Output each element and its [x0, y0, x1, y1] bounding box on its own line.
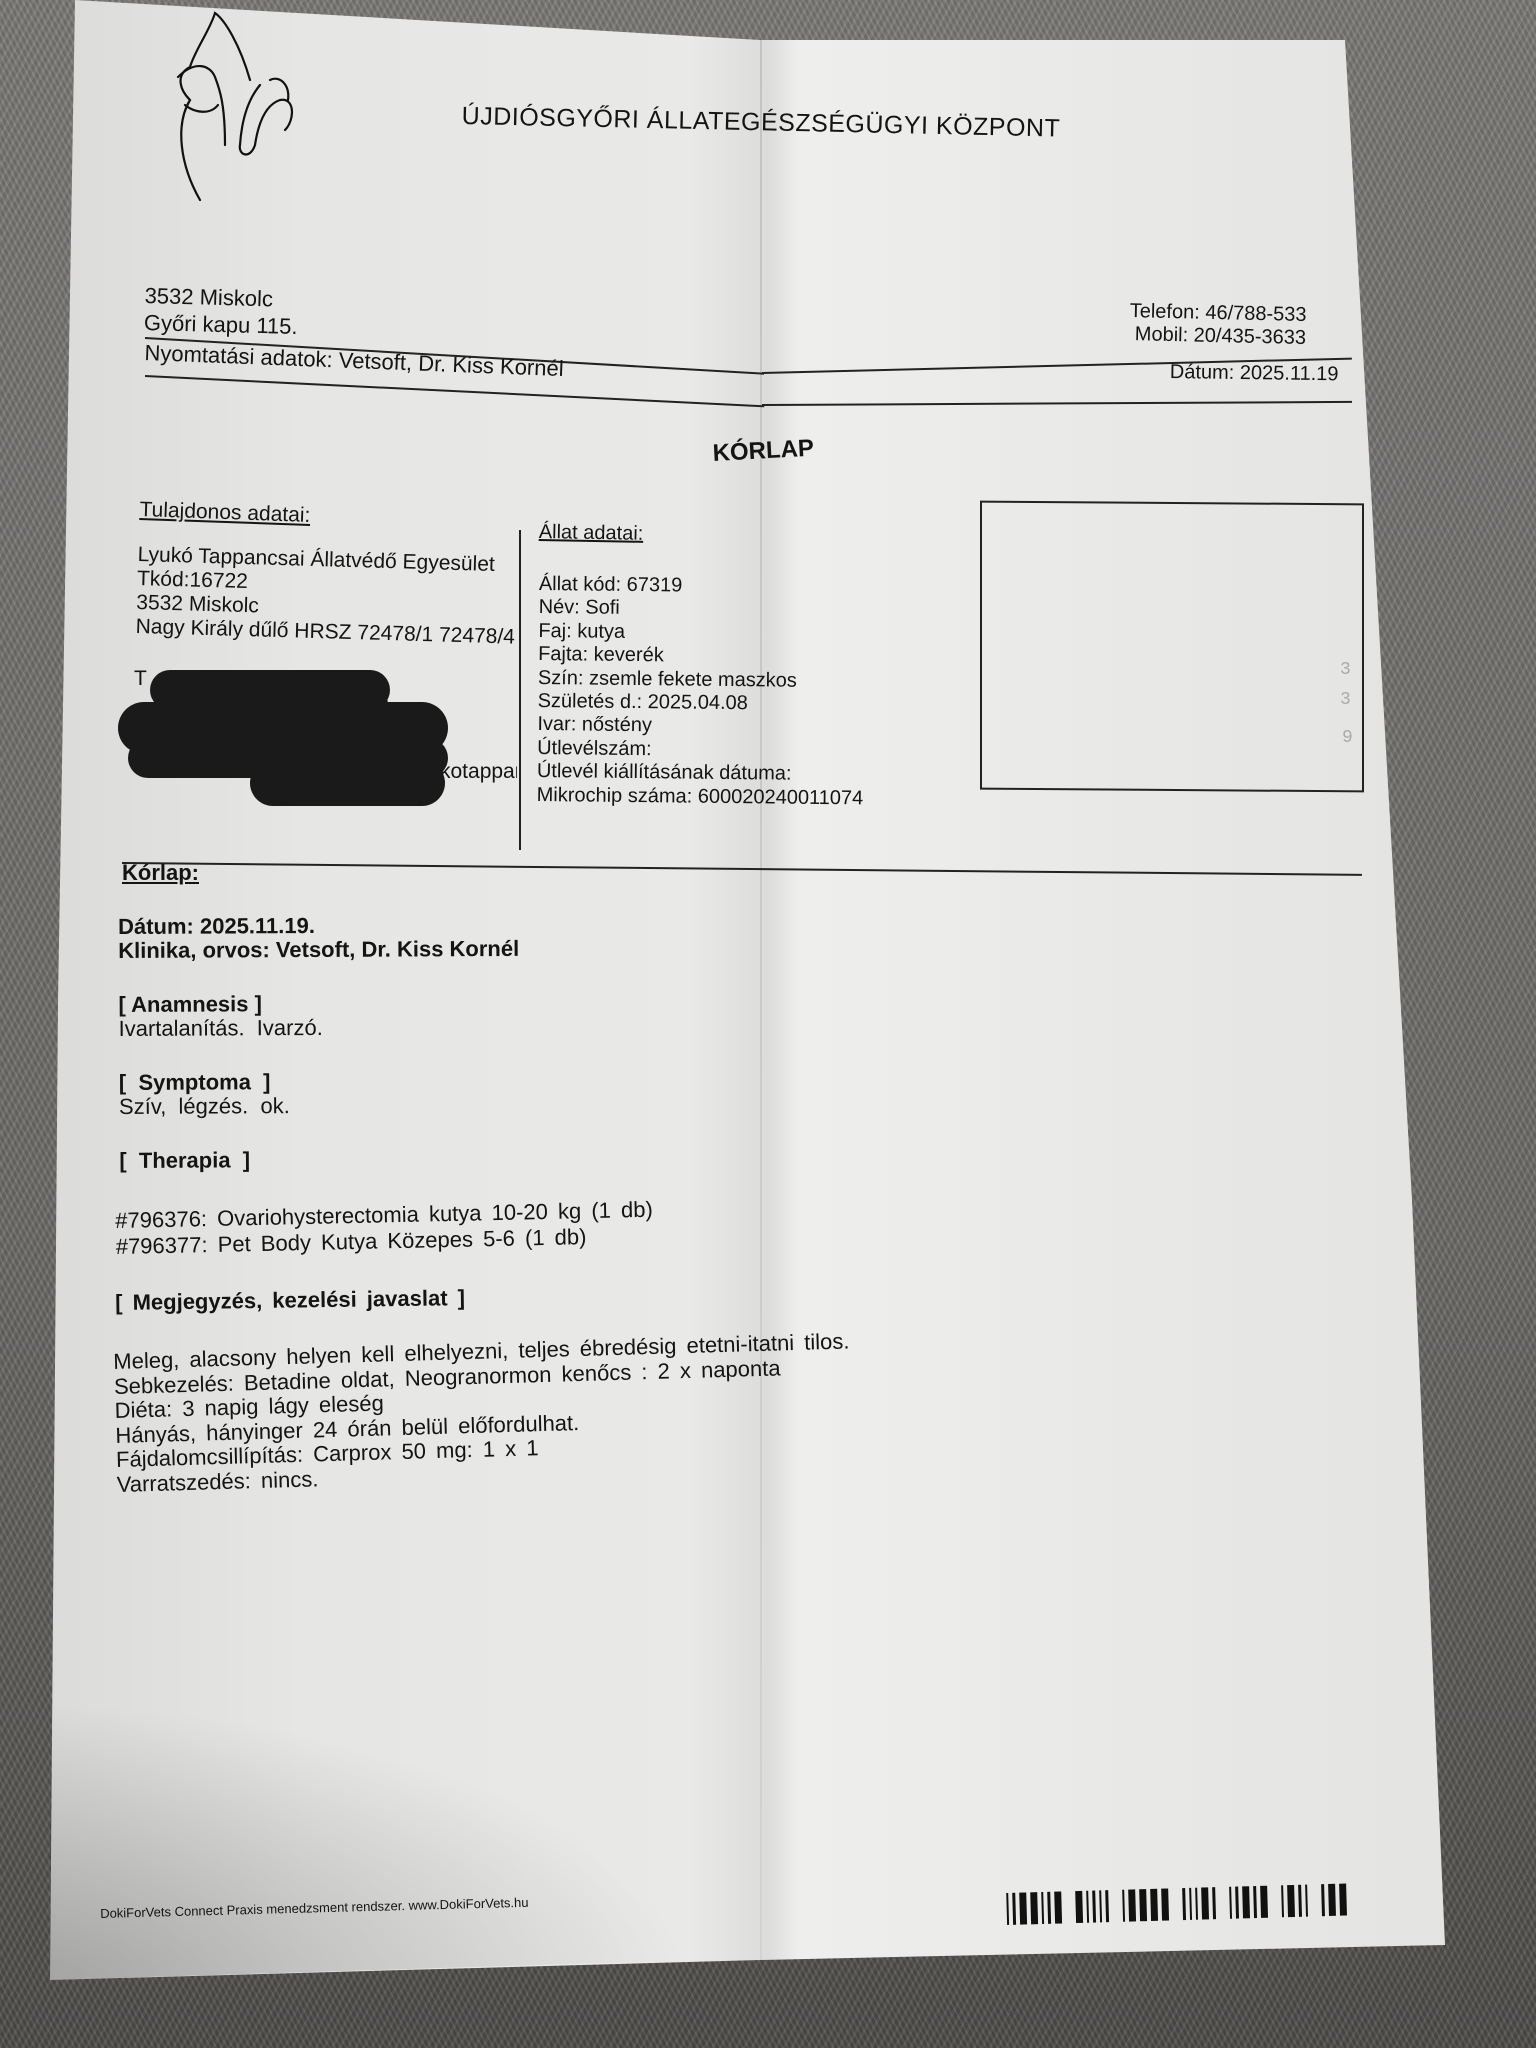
- barcode-bar: [1047, 1892, 1051, 1924]
- clinic-contact: Telefon: 46/788-533 Mobil: 20/435-3633: [1129, 300, 1307, 350]
- barcode-bar: [1305, 1885, 1308, 1917]
- barcode-bar: [1219, 1887, 1226, 1919]
- header-divider-bottom: [145, 375, 764, 407]
- animal-details: Állat kód: 67319 Név: Sofi Faj: kutya Fa…: [537, 573, 866, 810]
- animal-name: Név: Sofi: [539, 596, 866, 623]
- show-through-mark: 3: [1340, 660, 1351, 680]
- anamnesis-heading: [ Anamnesis ]: [118, 991, 519, 1017]
- print-date: Dátum: 2025.11.19: [1170, 361, 1339, 386]
- clinic-name: ÚJDIÓSGYŐRI ÁLLATEGÉSZSÉGÜGYI KÖZPONT: [461, 102, 1060, 144]
- barcode-bar: [1212, 1887, 1216, 1919]
- barcode-bar: [1012, 1893, 1016, 1925]
- vet-medical-record: ÚJDIÓSGYŐRI ÁLLATEGÉSZSÉGÜGYI KÖZPONT 35…: [0, 0, 1536, 2048]
- barcode-bar: [1271, 1885, 1278, 1917]
- animal-heading: Állat adatai:: [539, 521, 644, 546]
- anamnesis-text: Ivartalanítás. Ivarzó.: [119, 1015, 520, 1041]
- barcode-bar: [1150, 1889, 1158, 1921]
- barcode-bar: [1260, 1886, 1268, 1918]
- barcode-bar: [1065, 1891, 1072, 1923]
- barcode-bar: [1161, 1888, 1169, 1920]
- barcode-bar: [1099, 1890, 1102, 1922]
- barcode-bar: [1122, 1890, 1125, 1922]
- owner-heading: Tulajdonos adatai:: [139, 498, 311, 528]
- barcode-bar: [1311, 1884, 1318, 1916]
- barcode-bar: [1182, 1888, 1186, 1920]
- therapy-heading: [ Therapia ]: [119, 1147, 520, 1173]
- barcode-bar: [1030, 1892, 1038, 1924]
- barcode-bar: [1092, 1891, 1096, 1923]
- barcode-bar: [1075, 1891, 1083, 1923]
- animal-color: Szín: zsemle fekete maszkos: [538, 667, 865, 694]
- barcode-bar: [1281, 1885, 1284, 1917]
- barcode-bar: [1201, 1887, 1209, 1919]
- animal-birth-date: Születés d.: 2025.04.08: [538, 690, 865, 717]
- section-divider: [122, 862, 1362, 876]
- notes-heading: [ Megjegyzés, kezelési javaslat ]: [115, 1285, 465, 1316]
- barcode-bar: [1105, 1890, 1109, 1922]
- print-info: Nyomtatási adatok: Vetsoft, Dr. Kiss Kor…: [144, 340, 564, 382]
- barcode-bar: [1321, 1884, 1325, 1916]
- barcode-bar: [1139, 1889, 1147, 1921]
- owner-phone-label-fragment: T: [134, 667, 147, 691]
- redaction-mark: [250, 760, 445, 806]
- barcode-bar: [1172, 1888, 1179, 1920]
- animal-code: Állat kód: 67319: [539, 573, 866, 600]
- show-through-mark: 9: [1342, 728, 1353, 748]
- barcode-bar: [1189, 1888, 1192, 1920]
- barcode-bar: [1298, 1885, 1302, 1917]
- barcode-bar: [1253, 1886, 1257, 1918]
- owner-details: Lyukó Tappancsai Állatvédő Egyesület Tkó…: [135, 543, 517, 650]
- header-divider-bottom-right: [762, 401, 1352, 406]
- barcode-bar: [1287, 1885, 1295, 1917]
- show-through-mark: 3: [1340, 690, 1351, 710]
- barcode-bar: [1229, 1887, 1232, 1919]
- barcode-bar: [1006, 1893, 1009, 1925]
- barcode-bar: [1019, 1892, 1027, 1924]
- clinic-address: 3532 Miskolc Győri kapu 115.: [144, 282, 299, 340]
- barcode-bar: [1128, 1889, 1136, 1921]
- barcode-bar: [1086, 1891, 1089, 1923]
- animal-photo-box: [980, 501, 1364, 793]
- symptoms-text: Szív, légzés. ok.: [119, 1093, 520, 1119]
- barcode-bar: [1112, 1890, 1119, 1922]
- record-clinic-doctor: Klinika, orvos: Vetsoft, Dr. Kiss Kornél: [118, 937, 519, 963]
- notes-list: Meleg, alacsony helyen kell elhelyezni, …: [113, 1329, 853, 1497]
- cat-dog-logo-icon: [170, 5, 320, 205]
- barcode-bar: [1328, 1884, 1336, 1916]
- record-section-heading: Kórlap:: [122, 860, 199, 886]
- record-body: Dátum: 2025.11.19. Klinika, orvos: Vetso…: [118, 913, 520, 1173]
- clinic-address-city: 3532 Miskolc: [144, 282, 298, 313]
- barcode-bar: [1195, 1888, 1198, 1920]
- clinic-address-street: Győri kapu 115.: [144, 309, 298, 340]
- footer-software-info: DokiForVets Connect Praxis menedzsment r…: [100, 1895, 529, 1921]
- animal-passport-issue-date: Útlevél kiállításának dátuma:: [537, 760, 864, 787]
- document-title: KÓRLAP: [712, 435, 815, 468]
- symptoms-heading: [ Symptoma ]: [119, 1069, 520, 1095]
- barcode-bar: [1339, 1884, 1347, 1916]
- record-date: Dátum: 2025.11.19.: [118, 913, 519, 939]
- barcode-bar: [1054, 1891, 1062, 1923]
- column-divider: [519, 530, 521, 850]
- animal-breed: Fajta: keverék: [538, 643, 865, 670]
- therapy-list: #796376: Ovariohysterectomia kutya 10-20…: [115, 1197, 654, 1260]
- animal-sex: Ivar: nőstény: [537, 713, 864, 740]
- barcode-icon: [1006, 1874, 1387, 1925]
- barcode-bar: [1242, 1886, 1250, 1918]
- animal-species: Faj: kutya: [538, 620, 865, 647]
- animal-microchip: Mikrochip száma: 600020240011074: [537, 784, 864, 811]
- clinic-mobile: Mobil: 20/435-3633: [1129, 323, 1306, 350]
- barcode-bar: [1235, 1887, 1239, 1919]
- barcode-bar: [1041, 1892, 1044, 1924]
